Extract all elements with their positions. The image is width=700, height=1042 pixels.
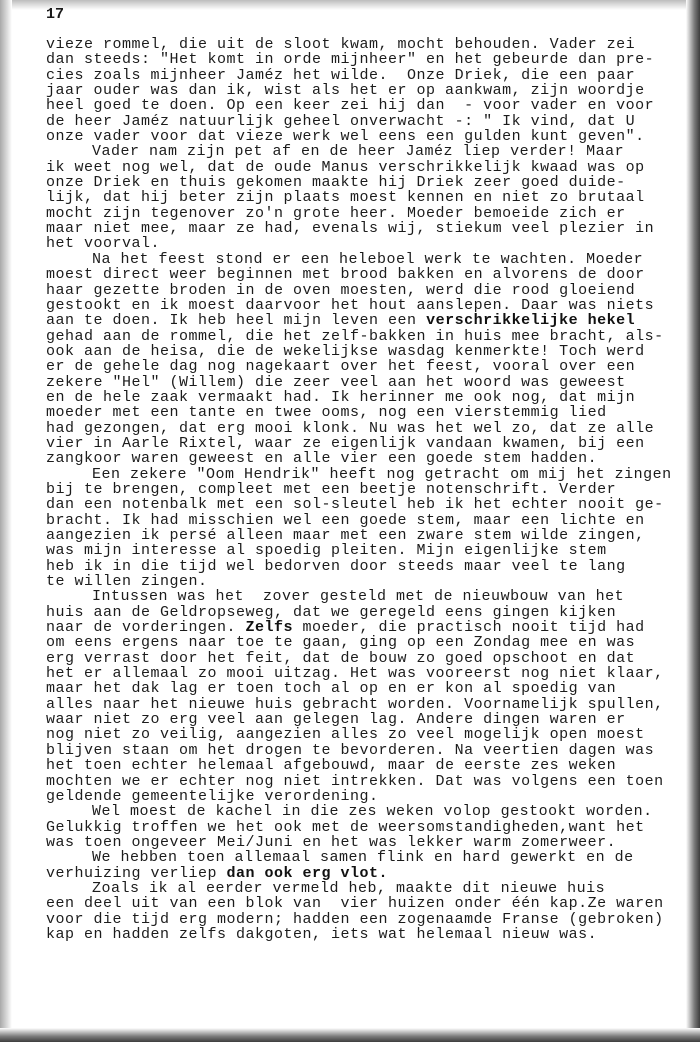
text-line: te willen zingen. (46, 574, 666, 589)
text-line: blijven staan om het drogen te bevordere… (46, 743, 666, 758)
text-line: erg verrast door het feit, dat de bouw z… (46, 651, 666, 666)
text-line: een deel uit van een blok van vier huize… (46, 896, 666, 911)
text-line: huis aan de Geldropseweg, dat we geregel… (46, 605, 666, 620)
text-line: mocht zijn tegenover zo'n grote heer. Mo… (46, 206, 666, 221)
text-line: gestookt en ik moest daarvoor het hout a… (46, 298, 666, 313)
text-line: er de gehele dag nog nagekaart over het … (46, 359, 666, 374)
text-line: naar de vorderingen. Zelfs moeder, die p… (46, 620, 666, 635)
text-line: lijk, dat hij beter zijn plaats moest ke… (46, 190, 666, 205)
text-line: onze Driek en thuis gekomen maakte hij D… (46, 175, 666, 190)
text-line: Wel moest de kachel in die zes weken vol… (46, 804, 666, 819)
text-line: nog niet zo veilig, aangezien alles zo v… (46, 727, 666, 742)
text-line: Intussen was het zover gesteld met de ni… (46, 589, 666, 604)
text-line: Vader nam zijn pet af en de heer Jaméz l… (46, 144, 666, 159)
frame-border-bottom (0, 1028, 700, 1042)
text-line: vieze rommel, die uit de sloot kwam, moc… (46, 37, 666, 52)
frame-border-left (0, 0, 12, 1042)
text-line: verhuizing verliep dan ook erg vlot. (46, 866, 666, 881)
text-line: moest direct weer beginnen met brood bak… (46, 267, 666, 282)
text-segment: kap en hadden zelfs dakgoten, iets wat h… (46, 926, 597, 943)
text-line: We hebben toen allemaal samen flink en h… (46, 850, 666, 865)
text-line: Gelukkig troffen we het ook met de weers… (46, 820, 666, 835)
frame-border-top (0, 0, 700, 10)
text-line: en de hele zaak vermaakt had. Ik herinne… (46, 390, 666, 405)
text-line: voor die tijd erg modern; hadden een zog… (46, 912, 666, 927)
text-line: dan steeds: "Het komt in orde mijnheer" … (46, 52, 666, 67)
text-line: vier in Aarle Rixtel, waar ze eigenlijk … (46, 436, 666, 451)
text-line: cies zoals mijnheer Jaméz het wilde. Onz… (46, 68, 666, 83)
text-line: heb ik in die tijd wel bedorven door ste… (46, 559, 666, 574)
text-line: aangezien ik persé alleen maar met een z… (46, 528, 666, 543)
text-line: Een zekere "Oom Hendrik" heeft nog getra… (46, 467, 666, 482)
text-line: mochten we er echter nog niet intrekken.… (46, 774, 666, 789)
text-line: had gezongen, dat erg mooi klonk. Nu was… (46, 421, 666, 436)
text-line: aan te doen. Ik heb heel mijn leven een … (46, 313, 666, 328)
text-line: jaar ouder was dan ik, wist als het er o… (46, 83, 666, 98)
text-line: was toen ongeveer Mei/Juni en het was le… (46, 835, 666, 850)
text-line: geldende gemeentelijke verordening. (46, 789, 666, 804)
text-line: alles naar het nieuwe huis gebracht word… (46, 697, 666, 712)
text-line: Zoals ik al eerder vermeld heb, maakte d… (46, 881, 666, 896)
text-line: ook aan de heisa, die de wekelijkse wasd… (46, 344, 666, 359)
text-line: dan een notenbalk met een sol-sleutel he… (46, 497, 666, 512)
typewritten-text-body: vieze rommel, die uit de sloot kwam, moc… (46, 37, 666, 942)
text-line: zangkoor waren geweest en alle vier een … (46, 451, 666, 466)
text-line: haar gezette broden in de oven moesten, … (46, 283, 666, 298)
text-line: bij te brengen, compleet met een beetje … (46, 482, 666, 497)
text-line: het voorval. (46, 236, 666, 251)
text-line: ik weet nog wel, dat de oude Manus versc… (46, 160, 666, 175)
text-line: maar niet mee, maar ze had, evenals wij,… (46, 221, 666, 236)
text-line: kap en hadden zelfs dakgoten, iets wat h… (46, 927, 666, 942)
text-line: om eens ergens naar toe te gaan, ging op… (46, 635, 666, 650)
text-line: zekere "Hel" (Willem) die zeer veel aan … (46, 375, 666, 390)
text-line: de heer Jaméz natuurlijk geheel onverwac… (46, 114, 666, 129)
text-line: was mijn interesse al spoedig pleiten. M… (46, 543, 666, 558)
text-line: waar niet zo erg veel aan gelegen lag. A… (46, 712, 666, 727)
page-frame: 17 vieze rommel, die uit de sloot kwam, … (0, 0, 700, 1042)
text-line: gehad aan de rommel, die het zelf-bakken… (46, 329, 666, 344)
text-line: Na het feest stond er een heleboel werk … (46, 252, 666, 267)
text-line: moeder met een tante en twee ooms, nog e… (46, 405, 666, 420)
page-number: 17 (46, 6, 64, 23)
text-line: bracht. Ik had misschien wel een goede s… (46, 513, 666, 528)
text-line: onze vader voor dat vieze werk wel eens … (46, 129, 666, 144)
text-line: het toen echter helemaal afgebouwd, maar… (46, 758, 666, 773)
text-line: het er allemaal zo mooi uitzag. Het was … (46, 666, 666, 681)
frame-border-right (686, 0, 700, 1042)
text-line: maar het dak lag er toen toch al op en e… (46, 681, 666, 696)
text-line: heel goed te doen. Op een keer zei hij d… (46, 98, 666, 113)
